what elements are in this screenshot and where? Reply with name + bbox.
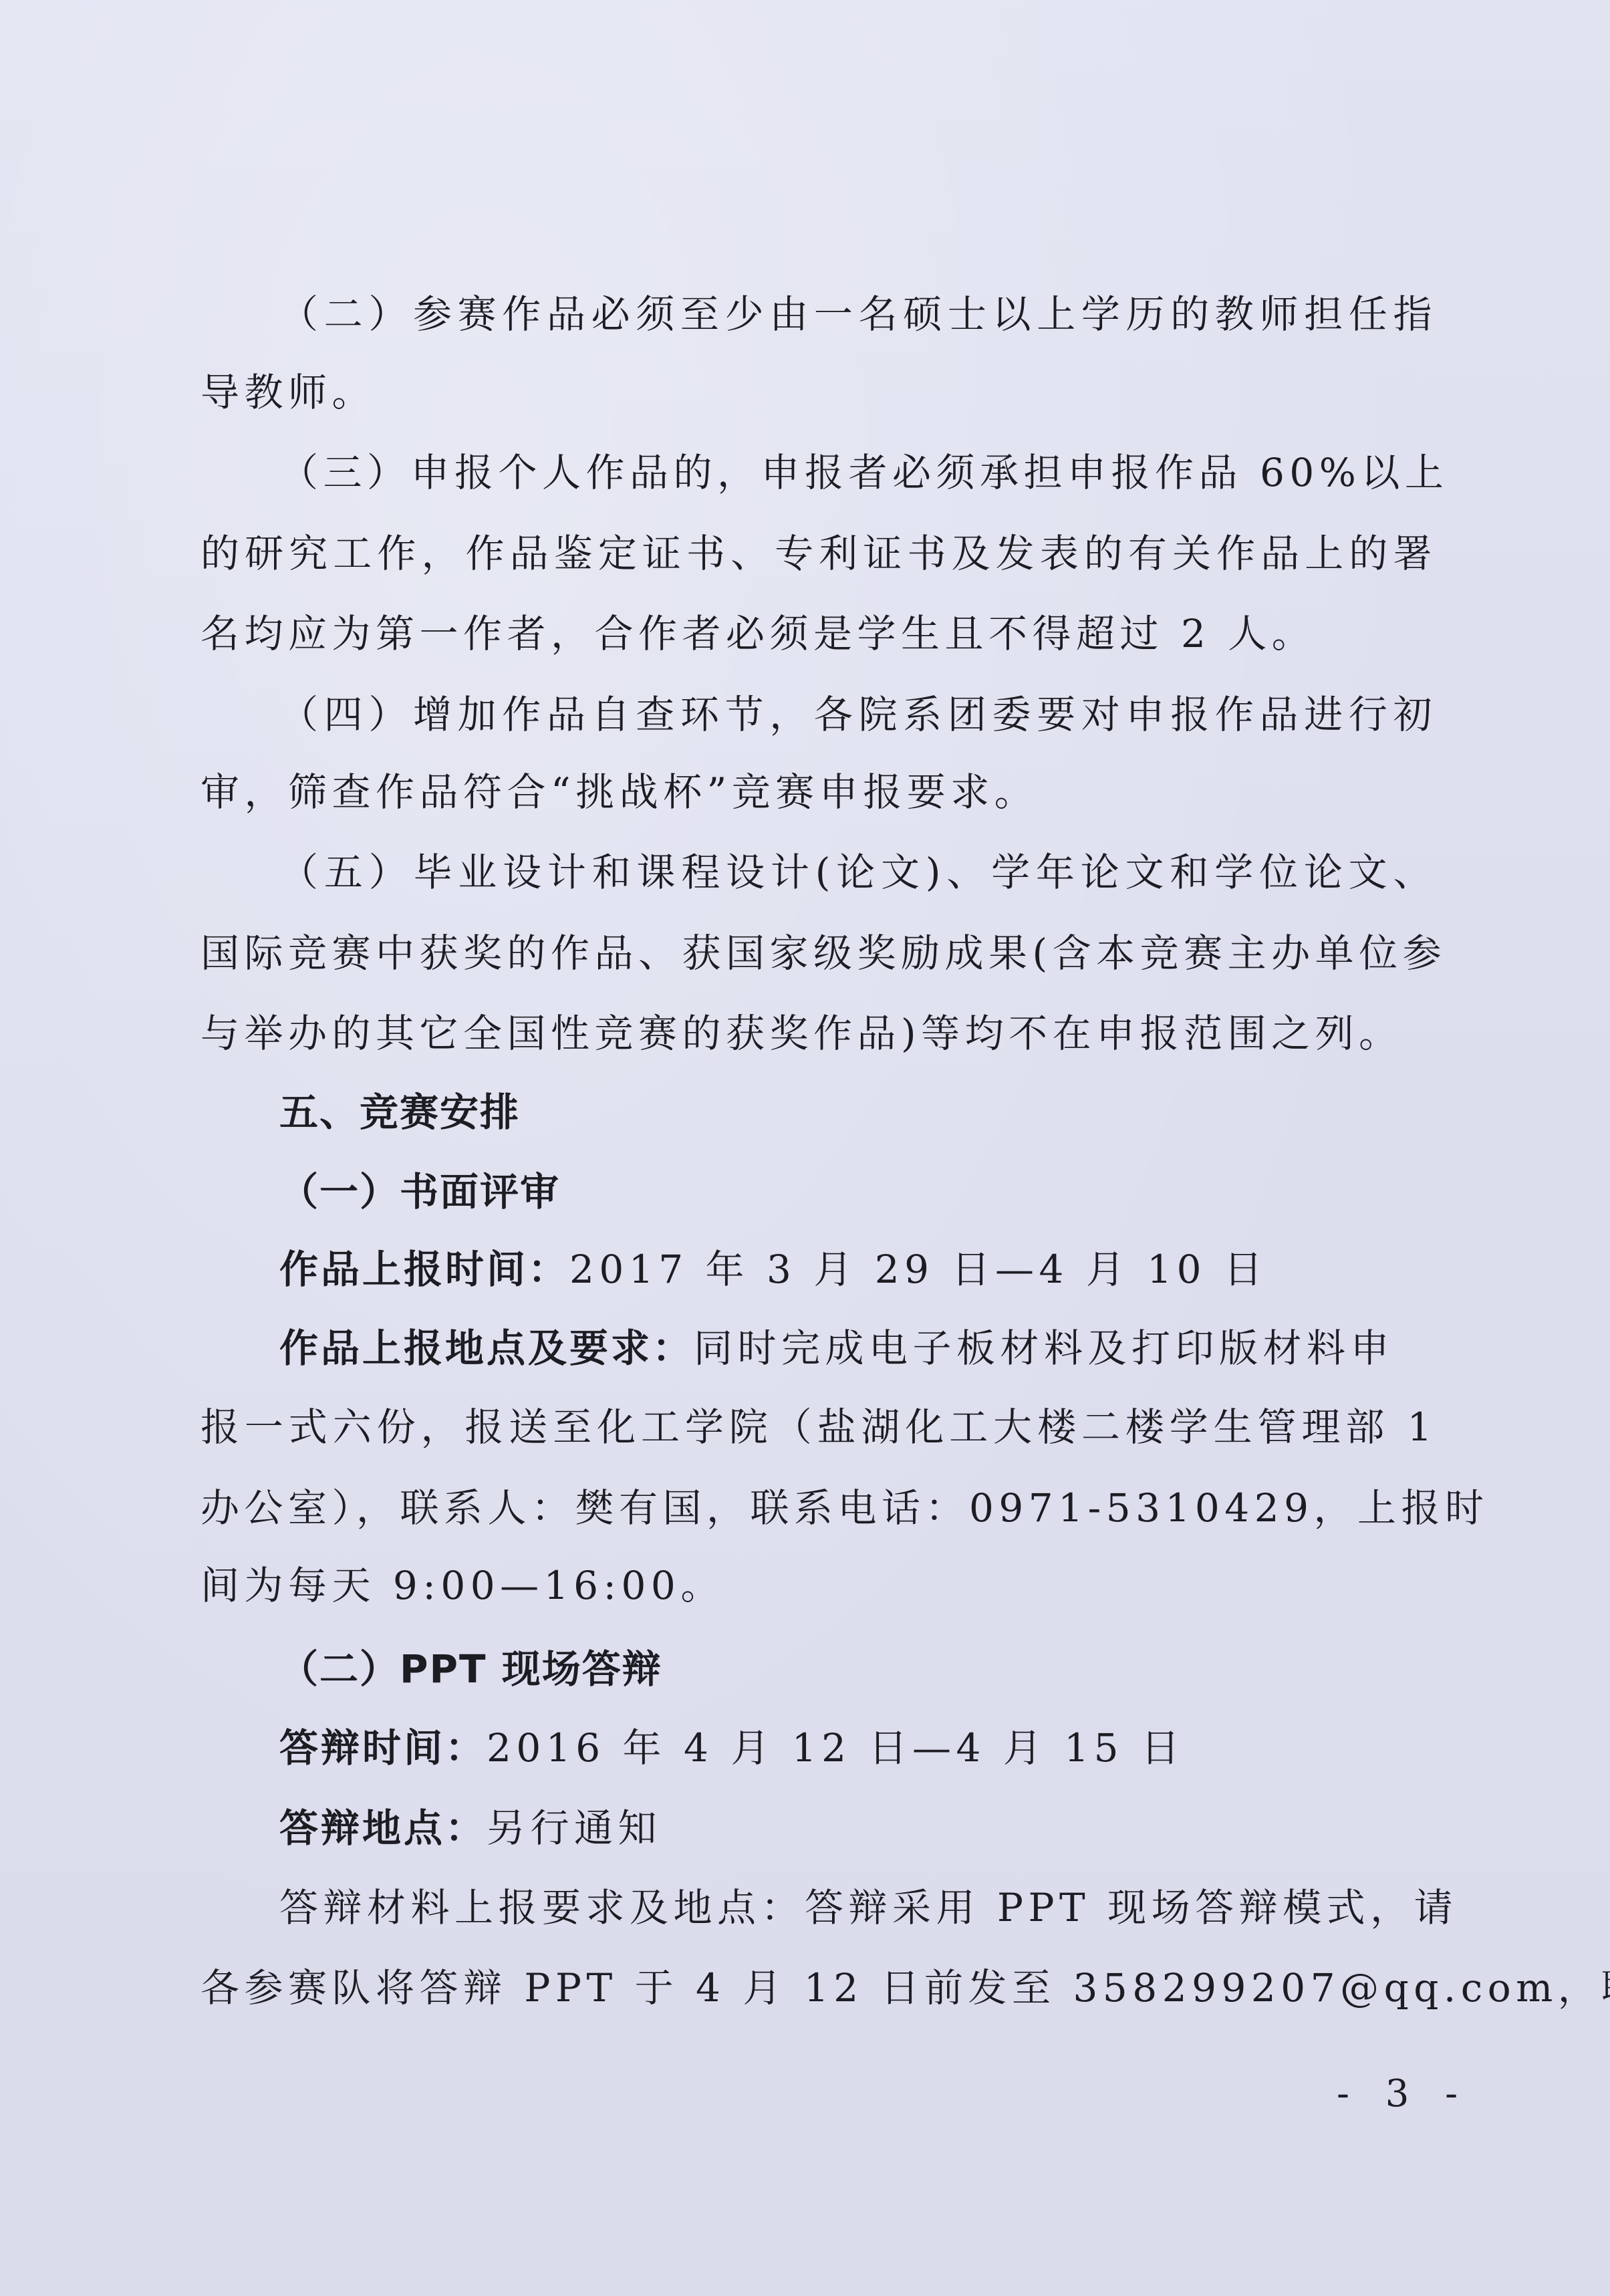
submit-time-label: 作品上报时间： (279, 1247, 569, 1292)
defense-time-value: 2016 年 4 月 12 日—4 月 15 日 (487, 1725, 1185, 1771)
materials-line-1: 答辩材料上报要求及地点：答辩采用 PPT 现场答辩模式，请 (279, 1881, 1437, 1934)
submit-place-line-4: 间为每天 9:00—16:00。 (200, 1559, 1437, 1612)
paragraph-4-line-1: （四）增加作品自查环节，各院系团委要对申报作品进行初 (279, 688, 1437, 741)
defense-time-label: 答辩时间： (279, 1725, 487, 1771)
paragraph-3-line-2: 的研究工作，作品鉴定证书、专利证书及发表的有关作品上的署 (200, 527, 1437, 580)
submit-place-line-2: 报一式六份，报送至化工学院（盐湖化工大楼二楼学生管理部 1 (200, 1400, 1437, 1454)
paragraph-4-line-2: 审，筛查作品符合“挑战杯”竞赛申报要求。 (200, 765, 1437, 819)
materials-line-2: 各参赛队将答辩 PPT 于 4 月 12 日前发至 358299207@qq.c… (200, 1961, 1437, 2015)
paragraph-3-line-3: 名均应为第一作者，合作者必须是学生且不得超过 2 人。 (200, 607, 1437, 660)
section-5-heading: 五、竞赛安排 (279, 1086, 1437, 1139)
scanned-page: （二）参赛作品必须至少由一名硕士以上学历的教师担任指 导教师。 （三）申报个人作… (0, 0, 1610, 2296)
submit-place-line-1: 同时完成电子板材料及打印版材料申 (694, 1325, 1394, 1371)
defense-place-row: 答辩地点：另行通知 (279, 1801, 1437, 1855)
page-number: - 3 - (1337, 2072, 1470, 2116)
defense-time-row: 答辩时间：2016 年 4 月 12 日—4 月 15 日 (279, 1721, 1437, 1775)
subsection-1-heading: （一）书面评审 (279, 1165, 1437, 1219)
paragraph-5-line-1: （五）毕业设计和课程设计(论文)、学年论文和学位论文、 (279, 846, 1437, 899)
paragraph-2-line-2: 导教师。 (200, 366, 1437, 419)
submit-place-row: 作品上报地点及要求：同时完成电子板材料及打印版材料申 (279, 1321, 1437, 1375)
subsection-2-heading: （二）PPT 现场答辩 (279, 1642, 1437, 1696)
defense-place-label: 答辩地点： (279, 1805, 487, 1851)
submit-place-line-3: 办公室），联系人：樊有国，联系电话：0971-5310429，上报时 (200, 1481, 1437, 1535)
submit-time-row: 作品上报时间：2017 年 3 月 29 日—4 月 10 日 (279, 1243, 1437, 1296)
submit-time-value: 2017 年 3 月 29 日—4 月 10 日 (569, 1247, 1268, 1292)
submit-place-label: 作品上报地点及要求： (279, 1325, 694, 1371)
paragraph-3-line-1: （三）申报个人作品的，申报者必须承担申报作品 60%以上 (279, 446, 1437, 499)
paragraph-5-line-2: 国际竞赛中获奖的作品、获国家级奖励成果(含本竞赛主办单位参 (200, 926, 1437, 980)
paragraph-5-line-3: 与举办的其它全国性竞赛的获奖作品)等均不在申报范围之列。 (200, 1007, 1437, 1060)
paragraph-2-line-1: （二）参赛作品必须至少由一名硕士以上学历的教师担任指 (279, 287, 1437, 341)
defense-place-value: 另行通知 (487, 1805, 662, 1851)
